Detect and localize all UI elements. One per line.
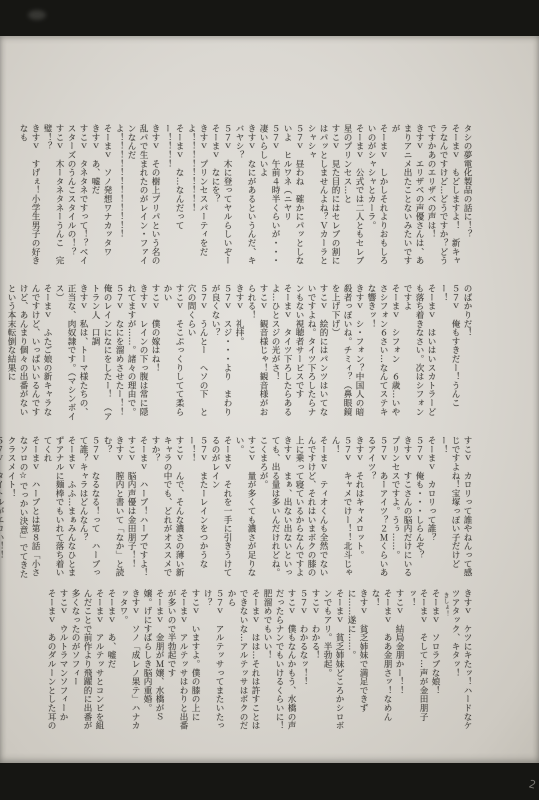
transcript-line: きすｖ なにがあるというんだ、キバヤシ？	[233, 124, 257, 272]
transcript-line: ５７ｖ またーレインをつかうなー！！	[185, 436, 209, 582]
transcript-line: きすｖ ケツにキたッ！ハードなケツアタック、キタッ！	[449, 589, 473, 737]
transcript-line: きしょ！	[441, 589, 449, 737]
transcript-line: ５７ｖ うんとー ヘソの下 と穴の間くらい	[185, 284, 209, 424]
transcript-line: すこｖ 僕もなんかもう、水橋の声だったらナンでもいけるくらいに！肥溜めでもいい！	[261, 589, 297, 737]
transcript-line: きすｖ シ・フォン？中国人の暗殺者っぽいね。チミィ？（鼻眼鏡を上げ下げ）	[329, 284, 365, 424]
transcript-line: ５７ｖ タイトルがエロい！！	[0, 436, 5, 582]
transcript-line: タシの夢電化製品の話に！？	[461, 124, 473, 272]
transcript-line: すこｖ 観音様じゃ！観音様がおられる！	[245, 284, 269, 424]
transcript-line: きすｖ あ、嘘だ	[89, 124, 101, 272]
transcript-line: そーまｖ アルテッサはわりと出番が多いので半勃起です	[165, 589, 189, 737]
transcript-line: ５７ｖ 木に登ってヤルらしいぞー	[221, 124, 233, 272]
transcript-line: ５７ｖ 午前４時半くらいが・・・凄いらしいよ	[257, 124, 281, 272]
transcript-line: ５７ｖ なにを溜めさせたー！！俺のレインになにをしたー！ （アトラン人 口調	[89, 284, 125, 424]
transcript-line: ５７ｖ あーアイツ？２Ｍくらいあるアイツ？	[365, 436, 389, 582]
transcript-line: そーまｖ それを一手に引きうけてるのがレイン	[209, 436, 233, 582]
transcript-line: そーまｖ ソノ発想ワナカッタワ	[101, 124, 113, 272]
transcript-line: すこｖ 結局金朋かー！！	[393, 589, 405, 737]
transcript-line: そーまｖ アルテッサとコンビを組んだことで前作より飛躍的に出番が多くなったのがソ…	[69, 589, 105, 737]
transcript-line: ５７ｖ 昼わね 確かにパッとしないよ ヒルワネ（ニヤリ	[281, 124, 305, 272]
transcript-line: すこｖ 絵的にはパンツはいてないですよね。タイツ下ろしたらナンもない視聴者サービ…	[293, 284, 329, 424]
transcript-line: きすｖ プリンセスパーティをだよ！！！！！！！！！	[185, 124, 209, 272]
transcript-line: そーまｖ ソロラブな娘！	[429, 589, 441, 737]
scanned-page-photo: { "colors":{"backdrop":"#161613","paper"…	[0, 0, 539, 800]
transcript-line: ５７ｖ アルテッサってまたいたっけ？	[201, 589, 225, 737]
corner-mark: 2	[528, 777, 538, 791]
transcript-line: そーまｖ ティオくんも全然でないんですけど、それはいまボクの膝の上に乗って寝てい…	[293, 436, 329, 582]
transcript-line: きすｖ それはキャメロット。	[353, 436, 365, 582]
transcript-line: そーまｖ ああ金朋さッ！なめんな！	[369, 589, 393, 737]
transcript-line: そーまｖ あ、嘘だ	[105, 589, 117, 737]
transcript-line: ５７ｖ 俺も・・・しらんぞ？	[413, 436, 425, 582]
transcript-line: すこｖ ウルトラマンソフィーか	[57, 589, 69, 737]
transcript-line: そーまｖ ハーブとは第８話「小さなソロの☆でっかい決意」でてきたクラスメイト！	[5, 436, 41, 582]
transcript-line: そーまｖ な…なんだってー！！！！	[161, 124, 185, 272]
transcript-line: そーまｖ 貧乏姉妹どころかシロボンでもアリ。半勃起。	[321, 589, 345, 737]
transcript-line: そーまｖ 公式では二人ともセレブ星のプリンセス…と	[341, 124, 365, 272]
transcript-line: すこｖ 見た目的にはセレブの割にはパッとしませんよね？Ｖカーラとシャシャ	[305, 124, 341, 272]
transcript-line: きすｖ 膣内と書いて「なか」と読む？	[101, 436, 125, 582]
ink-smudge	[28, 10, 46, 20]
transcript-line: ５７ｖ 俺もすきだー！うんこー！	[437, 284, 461, 424]
transcript-line: すこｖ いますよ。僕の膝の上に	[189, 589, 201, 737]
transcript-line: そーまｖ はいはいスカトラーども落ち着きなさい。次はシフォンですよ	[401, 284, 437, 424]
transcript-line: そーまｖ ハーブ！ハーブですよ！	[137, 436, 149, 582]
transcript-line: すこｖ んで、そんな濃さの薄い新キャラの中でも、どれがオススメですか？	[149, 436, 185, 582]
transcript-line: そーまｖ そして…声が金田朋子ッ！	[405, 589, 429, 737]
transcript-line: きすｖ すげぇ！小学生男子の好きなも	[17, 124, 41, 272]
transcript-line: そーまｖ ふたご娘の新キャラなんですけど、いっぱいいるんですけど、あんまり個々の…	[5, 284, 53, 424]
transcript-line: きすｖ ソノ「成レノ果テ」ハナカッタワ。	[117, 589, 141, 737]
transcript-line: そーまｖ カロリって誰？	[425, 436, 437, 582]
transcript-line: そーまｖ タイツ下ろしたらあるよ…ひとスジの光がさ！	[269, 284, 293, 424]
transcript-line: きすｖ まぁ、出ない出ないといっても、出る量は多いんだけれどね。こくまろが。	[257, 436, 293, 582]
transcript-line: すこｖ カロリって誰やねんって感じですよね！宝塚っぽい子だけどー！	[437, 436, 473, 582]
transcript-line: のばかりだ！	[461, 284, 473, 424]
transcript-line: すこｖ わかる！	[309, 589, 321, 737]
page-surface: タシの夢電化製品の話に！？そーまｖ もどしますよ！ 新キャラなんですけど…どうで…	[0, 36, 539, 763]
transcript-line: すこｖ 僕の嫁はね！	[149, 284, 161, 424]
transcript-line: すこｖ 木ータネタネーうんこ 完璧！？	[41, 124, 65, 272]
transcript-line: そーまｖ シフォン ６歳…いやさシフォン６さい…なんてステキな響きッ！	[365, 284, 401, 424]
transcript-line: きすｖ その樹上プリパという名の乱パで生まれたのがレイン・ファインなんだよ！！！…	[113, 124, 161, 272]
transcript-line: すこｖ 量が多くても濃さが足りない。	[233, 436, 257, 582]
transcript-band: すこｖ カロリって誰やねんって感じですよね！宝塚っぽい子だけどー！そーまｖ カロ…	[0, 436, 473, 582]
transcript-line: ５７ｖ スジ・・・より まわりが良くない？	[209, 284, 233, 424]
transcript-line: きすｖ 私は、トーマ様たちの、正当な、肉奴隷です。（マシンボイス）	[53, 284, 89, 424]
transcript-line: すこｖ タネタネですって！？ベイスターズのうんこスタイルの！？	[65, 124, 89, 272]
transcript-band: のばかりだ！５７ｖ 俺もすきだー！うんこー！そーまｖ はいはいスカトラーども落ち…	[5, 284, 473, 424]
transcript-line: きすｖ 貧乏姉妹で満足できずに……遂に……。	[345, 589, 369, 737]
transcript-line: すこｖ 脳内声優は金田朋子！！	[125, 436, 137, 582]
transcript-line: そーまｖ もどしますよ！ 新キャラなんですけど…どうですか？どうですかあのエリザ…	[425, 124, 461, 272]
transcript-line: きすｖ レインの下っ腹は常に隠れてますが……。諸々の理由で。	[125, 284, 149, 424]
transcript-line: きすｖ エリザベの声優さんは、あまりアニメ出たことないみたいですが	[389, 124, 425, 272]
transcript-band: きすｖ ケツにキたッ！ハードなケツアタック、キタッ！きしょ！そーまｖ ソロラブな…	[45, 589, 473, 737]
transcript-band: タシの夢電化製品の話に！？そーまｖ もどしますよ！ 新キャラなんですけど…どうで…	[17, 124, 473, 272]
transcript-line: きすｖ 礼拝。	[233, 284, 245, 424]
transcript-line: そーまｖ 金朋がＭ嬢、水橋がＳ嬢。げにすばらしき脳内重婚。	[141, 589, 165, 737]
transcript-line: そーまｖ はは…それは許すことはできないな…アルテッサはボクのだから	[225, 589, 261, 737]
transcript-line: そーまｖ なにを？	[209, 124, 221, 272]
transcript-line: ５７ｖ わかるなッ！！	[297, 589, 309, 737]
transcript-line: そーまｖ ふふ…まぁみんなひとまずアナルに麺棒でもいれて落ち着いてくれ	[41, 436, 77, 582]
transcript-line: そーまｖ あのダルーンとした耳の	[45, 589, 57, 737]
transcript-line: ５７ｖ なるなる！って ハーブって誰？キャラはどんなん？	[77, 436, 101, 582]
transcript-line: きすｖ すこさんの脳内だけにいるプリンセスですよ。うぅ……。	[389, 436, 413, 582]
transcript-line: ５７ｖ キャメでけー！！北斗じゃん！	[329, 436, 353, 582]
transcript-line: そーまｖ しかしそれよりおもしろいのがシャシャとカーラ。	[365, 124, 389, 272]
transcript-line: すこｖ そこぷっくりしてて柔らかい	[161, 284, 185, 424]
